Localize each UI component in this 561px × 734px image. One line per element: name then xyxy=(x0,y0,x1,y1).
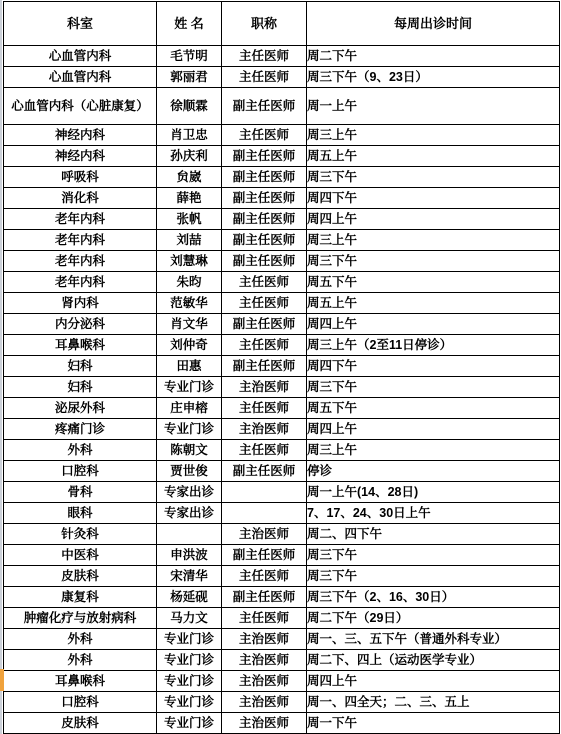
cell-department: 康复科 xyxy=(4,587,157,608)
table-row: 老年内科朱昀主任医师周五下午 xyxy=(4,272,560,293)
table-row: 疼痛门诊专业门诊主治医师周四上午 xyxy=(4,419,560,440)
table-row: 外科专业门诊主治医师周二下、四上（运动医学专业） xyxy=(4,650,560,671)
cell-department: 泌尿外科 xyxy=(4,398,157,419)
cell-clinic-time: 7、17、24、30日上午 xyxy=(307,503,560,524)
cell-department: 中医科 xyxy=(4,545,157,566)
cell-clinic-time: 周三下午 xyxy=(307,545,560,566)
cell-clinic-time: 周三下午 xyxy=(307,566,560,587)
cell-department: 耳鼻喉科 xyxy=(4,335,157,356)
cell-clinic-time: 周三下午 xyxy=(307,377,560,398)
cell-clinic-time: 停诊 xyxy=(307,461,560,482)
cell-clinic-time: 周三上午 xyxy=(307,440,560,461)
cell-department: 肾内科 xyxy=(4,293,157,314)
table-row: 口腔科专业门诊主治医师周一、四全天；二、三、五上 xyxy=(4,692,560,713)
cell-department: 针灸科 xyxy=(4,524,157,545)
table-row: 眼科专家出诊7、17、24、30日上午 xyxy=(4,503,560,524)
cell-doctor-name: 专业门诊 xyxy=(157,692,222,713)
cell-department: 肿瘤化疗与放射病科 xyxy=(4,608,157,629)
table-row: 口腔科贾世俊副主任医师停诊 xyxy=(4,461,560,482)
table-row: 皮肤科专业门诊主治医师周一下午 xyxy=(4,713,560,734)
table-row: 消化科薛艳副主任医师周四下午 xyxy=(4,188,560,209)
cell-doctor-name: 朱昀 xyxy=(157,272,222,293)
cell-doctor-name: 刘仲奇 xyxy=(157,335,222,356)
cell-doctor-name: 薛艳 xyxy=(157,188,222,209)
cell-department: 外科 xyxy=(4,650,157,671)
cell-doctor-title: 副主任医师 xyxy=(222,188,307,209)
table-row: 肿瘤化疗与放射病科马力文主任医师周二下午（29日） xyxy=(4,608,560,629)
cell-doctor-title: 主治医师 xyxy=(222,419,307,440)
cell-clinic-time: 周一、四全天；二、三、五上 xyxy=(307,692,560,713)
cell-doctor-title: 主治医师 xyxy=(222,692,307,713)
cell-department: 妇科 xyxy=(4,377,157,398)
cell-department: 皮肤科 xyxy=(4,713,157,734)
table-row: 妇科专业门诊主治医师周三下午 xyxy=(4,377,560,398)
cell-clinic-time: 周三上午（2至11日停诊） xyxy=(307,335,560,356)
cell-clinic-time: 周四上午 xyxy=(307,209,560,230)
table-row: 妇科田惠副主任医师周四下午 xyxy=(4,356,560,377)
cell-doctor-title: 主治医师 xyxy=(222,377,307,398)
clinic-schedule-table: 科室姓 名职称每周出诊时间 心血管内科毛节明主任医师周二下午心血管内科郭丽君主任… xyxy=(3,1,560,734)
cell-doctor-title: 副主任医师 xyxy=(222,209,307,230)
cell-doctor-name: 专家出诊 xyxy=(157,482,222,503)
cell-doctor-title: 主治医师 xyxy=(222,713,307,734)
table-row: 心血管内科郭丽君主任医师周三下午（9、23日） xyxy=(4,67,560,88)
cell-doctor-title: 副主任医师 xyxy=(222,230,307,251)
col-header-title: 职称 xyxy=(222,2,307,46)
cell-clinic-time: 周三下午 xyxy=(307,167,560,188)
cell-doctor-title: 副主任医师 xyxy=(222,251,307,272)
cell-doctor-name: 郭丽君 xyxy=(157,67,222,88)
cell-clinic-time: 周一、三、五下午（普通外科专业） xyxy=(307,629,560,650)
cell-doctor-name: 陈朝文 xyxy=(157,440,222,461)
col-header-department: 科室 xyxy=(4,2,157,46)
col-header-weekly-time: 每周出诊时间 xyxy=(307,2,560,46)
cell-clinic-time: 周五下午 xyxy=(307,272,560,293)
cell-doctor-title: 主任医师 xyxy=(222,335,307,356)
cell-clinic-time: 周二下、四上（运动医学专业） xyxy=(307,650,560,671)
table-row: 外科专业门诊主治医师周一、三、五下午（普通外科专业） xyxy=(4,629,560,650)
cell-department: 妇科 xyxy=(4,356,157,377)
cell-doctor-title: 主任医师 xyxy=(222,67,307,88)
cell-doctor-title: 副主任医师 xyxy=(222,545,307,566)
table-row: 心血管内科毛节明主任医师周二下午 xyxy=(4,46,560,67)
table-row: 耳鼻喉科刘仲奇主任医师周三上午（2至11日停诊） xyxy=(4,335,560,356)
cell-doctor-title: 主任医师 xyxy=(222,440,307,461)
cell-doctor-name: 张帆 xyxy=(157,209,222,230)
cell-doctor-title: 副主任医师 xyxy=(222,461,307,482)
cell-clinic-time: 周五上午 xyxy=(307,146,560,167)
cell-department: 外科 xyxy=(4,440,157,461)
cell-doctor-name: 刘喆 xyxy=(157,230,222,251)
cell-clinic-time: 周二、四下午 xyxy=(307,524,560,545)
table-row: 心血管内科（心脏康复）徐顺霖副主任医师周一上午 xyxy=(4,88,560,125)
cell-clinic-time: 周四下午 xyxy=(307,356,560,377)
cell-department: 消化科 xyxy=(4,188,157,209)
cell-doctor-title: 副主任医师 xyxy=(222,356,307,377)
table-row: 肾内科范敏华主任医师周五上午 xyxy=(4,293,560,314)
table-row: 康复科杨延砚副主任医师周三下午（2、16、30日） xyxy=(4,587,560,608)
cell-department: 皮肤科 xyxy=(4,566,157,587)
cell-doctor-name: 庄申榕 xyxy=(157,398,222,419)
table-row: 针灸科主治医师周二、四下午 xyxy=(4,524,560,545)
table-row: 老年内科刘喆副主任医师周三上午 xyxy=(4,230,560,251)
cell-department: 老年内科 xyxy=(4,230,157,251)
cell-department: 神经内科 xyxy=(4,125,157,146)
cell-doctor-name: 徐顺霖 xyxy=(157,88,222,125)
cell-department: 内分泌科 xyxy=(4,314,157,335)
cell-doctor-name: 田惠 xyxy=(157,356,222,377)
cell-clinic-time: 周三下午（2、16、30日） xyxy=(307,587,560,608)
cell-doctor-name: 刘慧琳 xyxy=(157,251,222,272)
window-edge-strip xyxy=(0,0,2,734)
cell-doctor-title: 主任医师 xyxy=(222,566,307,587)
cell-doctor-title: 主任医师 xyxy=(222,125,307,146)
table-row: 神经内科孙庆利副主任医师周五上午 xyxy=(4,146,560,167)
cell-doctor-title: 副主任医师 xyxy=(222,146,307,167)
table-row: 耳鼻喉科专业门诊主治医师周四上午 xyxy=(4,671,560,692)
table-row: 泌尿外科庄申榕主任医师周五下午 xyxy=(4,398,560,419)
cell-clinic-time: 周五下午 xyxy=(307,398,560,419)
cell-department: 老年内科 xyxy=(4,272,157,293)
cell-department: 外科 xyxy=(4,629,157,650)
table-row: 骨科专家出诊周一上午(14、28日) xyxy=(4,482,560,503)
cell-clinic-time: 周四上午 xyxy=(307,314,560,335)
cell-doctor-title: 主治医师 xyxy=(222,650,307,671)
cell-doctor-title: 副主任医师 xyxy=(222,167,307,188)
table-body: 心血管内科毛节明主任医师周二下午心血管内科郭丽君主任医师周三下午（9、23日）心… xyxy=(4,46,560,734)
cell-doctor-name: 专业门诊 xyxy=(157,377,222,398)
cell-doctor-title: 副主任医师 xyxy=(222,587,307,608)
cell-doctor-title: 主治医师 xyxy=(222,671,307,692)
cell-doctor-name: 杨延砚 xyxy=(157,587,222,608)
cell-department: 骨科 xyxy=(4,482,157,503)
cell-department: 老年内科 xyxy=(4,251,157,272)
cell-doctor-title: 主任医师 xyxy=(222,293,307,314)
table-row: 外科陈朝文主任医师周三上午 xyxy=(4,440,560,461)
cell-doctor-name: 马力文 xyxy=(157,608,222,629)
cell-department: 疼痛门诊 xyxy=(4,419,157,440)
cell-clinic-time: 周一下午 xyxy=(307,713,560,734)
table-row: 呼吸科贠崴副主任医师周三下午 xyxy=(4,167,560,188)
cell-doctor-name: 专业门诊 xyxy=(157,650,222,671)
schedule-page: 科室姓 名职称每周出诊时间 心血管内科毛节明主任医师周二下午心血管内科郭丽君主任… xyxy=(0,0,561,734)
cell-doctor-name: 专业门诊 xyxy=(157,419,222,440)
cell-doctor-name: 专家出诊 xyxy=(157,503,222,524)
cell-doctor-title xyxy=(222,503,307,524)
cell-doctor-title: 副主任医师 xyxy=(222,88,307,125)
table-row: 老年内科刘慧琳副主任医师周三下午 xyxy=(4,251,560,272)
cell-department: 心血管内科 xyxy=(4,67,157,88)
table-row: 内分泌科肖文华副主任医师周四上午 xyxy=(4,314,560,335)
cell-department: 心血管内科（心脏康复） xyxy=(4,88,157,125)
cell-doctor-name: 范敏华 xyxy=(157,293,222,314)
cell-clinic-time: 周四下午 xyxy=(307,188,560,209)
cell-doctor-name xyxy=(157,524,222,545)
cell-doctor-name: 专业门诊 xyxy=(157,671,222,692)
cell-doctor-name: 专业门诊 xyxy=(157,713,222,734)
col-header-name: 姓 名 xyxy=(157,2,222,46)
cell-doctor-title: 副主任医师 xyxy=(222,314,307,335)
cell-clinic-time: 周一上午(14、28日) xyxy=(307,482,560,503)
cell-clinic-time: 周五上午 xyxy=(307,293,560,314)
row-highlight-marker xyxy=(0,669,4,691)
table-row: 皮肤科宋清华主任医师周三下午 xyxy=(4,566,560,587)
cell-department: 眼科 xyxy=(4,503,157,524)
cell-doctor-title: 主任医师 xyxy=(222,46,307,67)
cell-doctor-title: 主任医师 xyxy=(222,608,307,629)
cell-department: 老年内科 xyxy=(4,209,157,230)
cell-doctor-title: 主任医师 xyxy=(222,272,307,293)
table-row: 中医科申洪波副主任医师周三下午 xyxy=(4,545,560,566)
cell-department: 心血管内科 xyxy=(4,46,157,67)
cell-department: 口腔科 xyxy=(4,692,157,713)
cell-clinic-time: 周二下午 xyxy=(307,46,560,67)
header-row: 科室姓 名职称每周出诊时间 xyxy=(4,2,560,46)
cell-clinic-time: 周四上午 xyxy=(307,419,560,440)
cell-clinic-time: 周二下午（29日） xyxy=(307,608,560,629)
cell-department: 神经内科 xyxy=(4,146,157,167)
cell-doctor-title: 主任医师 xyxy=(222,398,307,419)
cell-department: 耳鼻喉科 xyxy=(4,671,157,692)
table-row: 老年内科张帆副主任医师周四上午 xyxy=(4,209,560,230)
cell-doctor-name: 肖卫忠 xyxy=(157,125,222,146)
cell-clinic-time: 周三下午（9、23日） xyxy=(307,67,560,88)
cell-doctor-name: 贠崴 xyxy=(157,167,222,188)
cell-doctor-title: 主治医师 xyxy=(222,629,307,650)
cell-doctor-name: 肖文华 xyxy=(157,314,222,335)
cell-doctor-name: 宋清华 xyxy=(157,566,222,587)
cell-clinic-time: 周一上午 xyxy=(307,88,560,125)
cell-clinic-time: 周三上午 xyxy=(307,230,560,251)
cell-clinic-time: 周四上午 xyxy=(307,671,560,692)
cell-department: 呼吸科 xyxy=(4,167,157,188)
cell-clinic-time: 周三上午 xyxy=(307,125,560,146)
cell-doctor-title: 主治医师 xyxy=(222,524,307,545)
cell-doctor-name: 专业门诊 xyxy=(157,629,222,650)
cell-department: 口腔科 xyxy=(4,461,157,482)
cell-doctor-name: 毛节明 xyxy=(157,46,222,67)
table-row: 神经内科肖卫忠主任医师周三上午 xyxy=(4,125,560,146)
table-header: 科室姓 名职称每周出诊时间 xyxy=(4,2,560,46)
cell-doctor-name: 孙庆利 xyxy=(157,146,222,167)
cell-doctor-title xyxy=(222,482,307,503)
cell-doctor-name: 贾世俊 xyxy=(157,461,222,482)
cell-doctor-name: 申洪波 xyxy=(157,545,222,566)
cell-clinic-time: 周三下午 xyxy=(307,251,560,272)
